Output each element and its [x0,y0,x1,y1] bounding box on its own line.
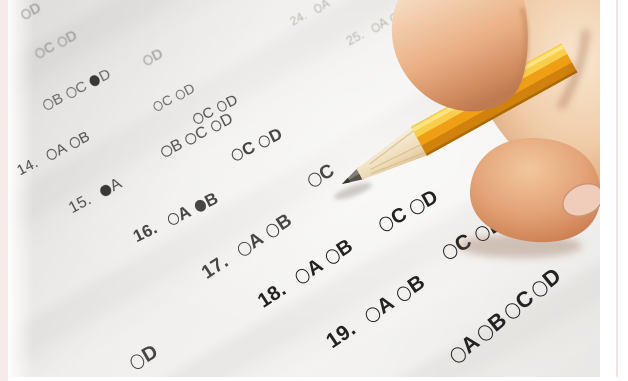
frame-bottom-strip [8,377,628,381]
frame-left-strip [0,0,8,381]
frame-right-strip [600,0,628,381]
pencil-tip-shadow [332,179,373,202]
frame-pink-line [616,0,618,381]
hand-and-pencil-overlay [0,0,628,381]
index-finger [392,0,528,111]
photo-frame: DCDDBCDCD14.ABCD15.ABCD16.ABCD17.ABC18.A… [0,0,628,381]
